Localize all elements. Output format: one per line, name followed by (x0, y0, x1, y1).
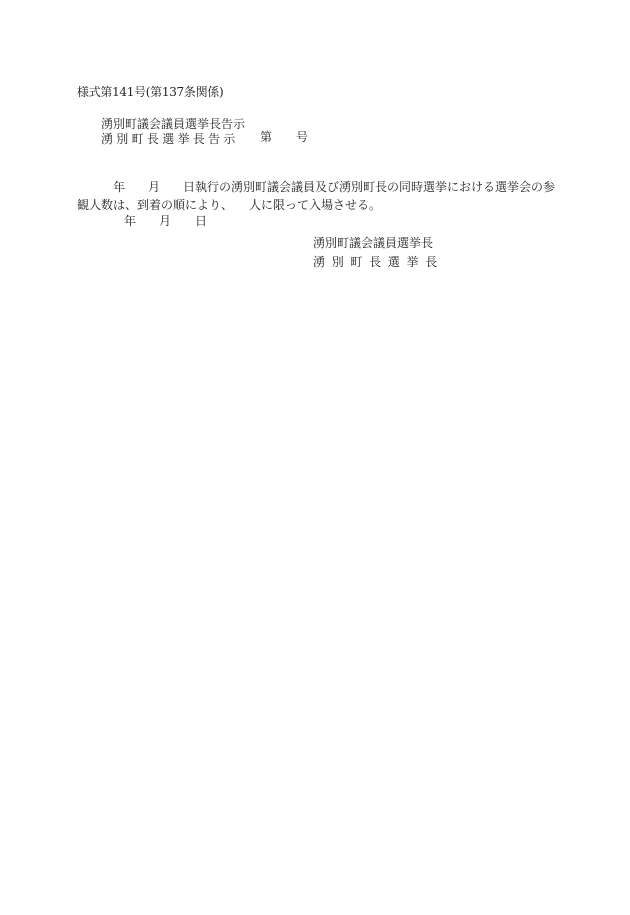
issue-date-month: 月 (159, 214, 171, 228)
body-text-line2a: 観人数は、到着の順により、 (77, 198, 233, 212)
body-date-year: 年 (113, 180, 125, 194)
body-text-line1: 執行の湧別町議会議員及び湧別町長の同時選挙における選挙会の参 (195, 180, 555, 194)
notice-issuer-assembly: 湧別町議会議員選挙長告示 (101, 117, 245, 132)
body-text-line2b: 人に限って入場させる。 (249, 198, 381, 212)
body-date-day: 日 (183, 180, 195, 194)
issue-date-day: 日 (195, 214, 207, 228)
notice-issuer: 湧別町議会議員選挙長告示 湧別町長選挙長告示 (101, 117, 245, 147)
notice-number-prefix: 第 (260, 130, 272, 144)
body-date-month: 月 (148, 180, 160, 194)
issue-date: 年月日 (77, 214, 207, 228)
signature-mayor: 湧別町長選挙長 (313, 253, 444, 272)
form-heading: 様式第141号(第137条関係) (77, 85, 223, 99)
notice-number-suffix: 号 (296, 130, 308, 144)
body-line-1: 年月日執行の湧別町議会議員及び湧別町長の同時選挙における選挙会の参 (77, 178, 557, 196)
signature-block: 湧別町議会議員選挙長 湧別町長選挙長 (313, 234, 444, 272)
body-line-2: 観人数は、到着の順により、人に限って入場させる。 (77, 196, 557, 214)
issue-date-year: 年 (124, 214, 136, 228)
notice-body: 年月日執行の湧別町議会議員及び湧別町長の同時選挙における選挙会の参 観人数は、到… (77, 178, 557, 214)
signature-assembly: 湧別町議会議員選挙長 (313, 234, 444, 253)
notice-issuer-mayor: 湧別町長選挙長告示 (101, 132, 245, 147)
